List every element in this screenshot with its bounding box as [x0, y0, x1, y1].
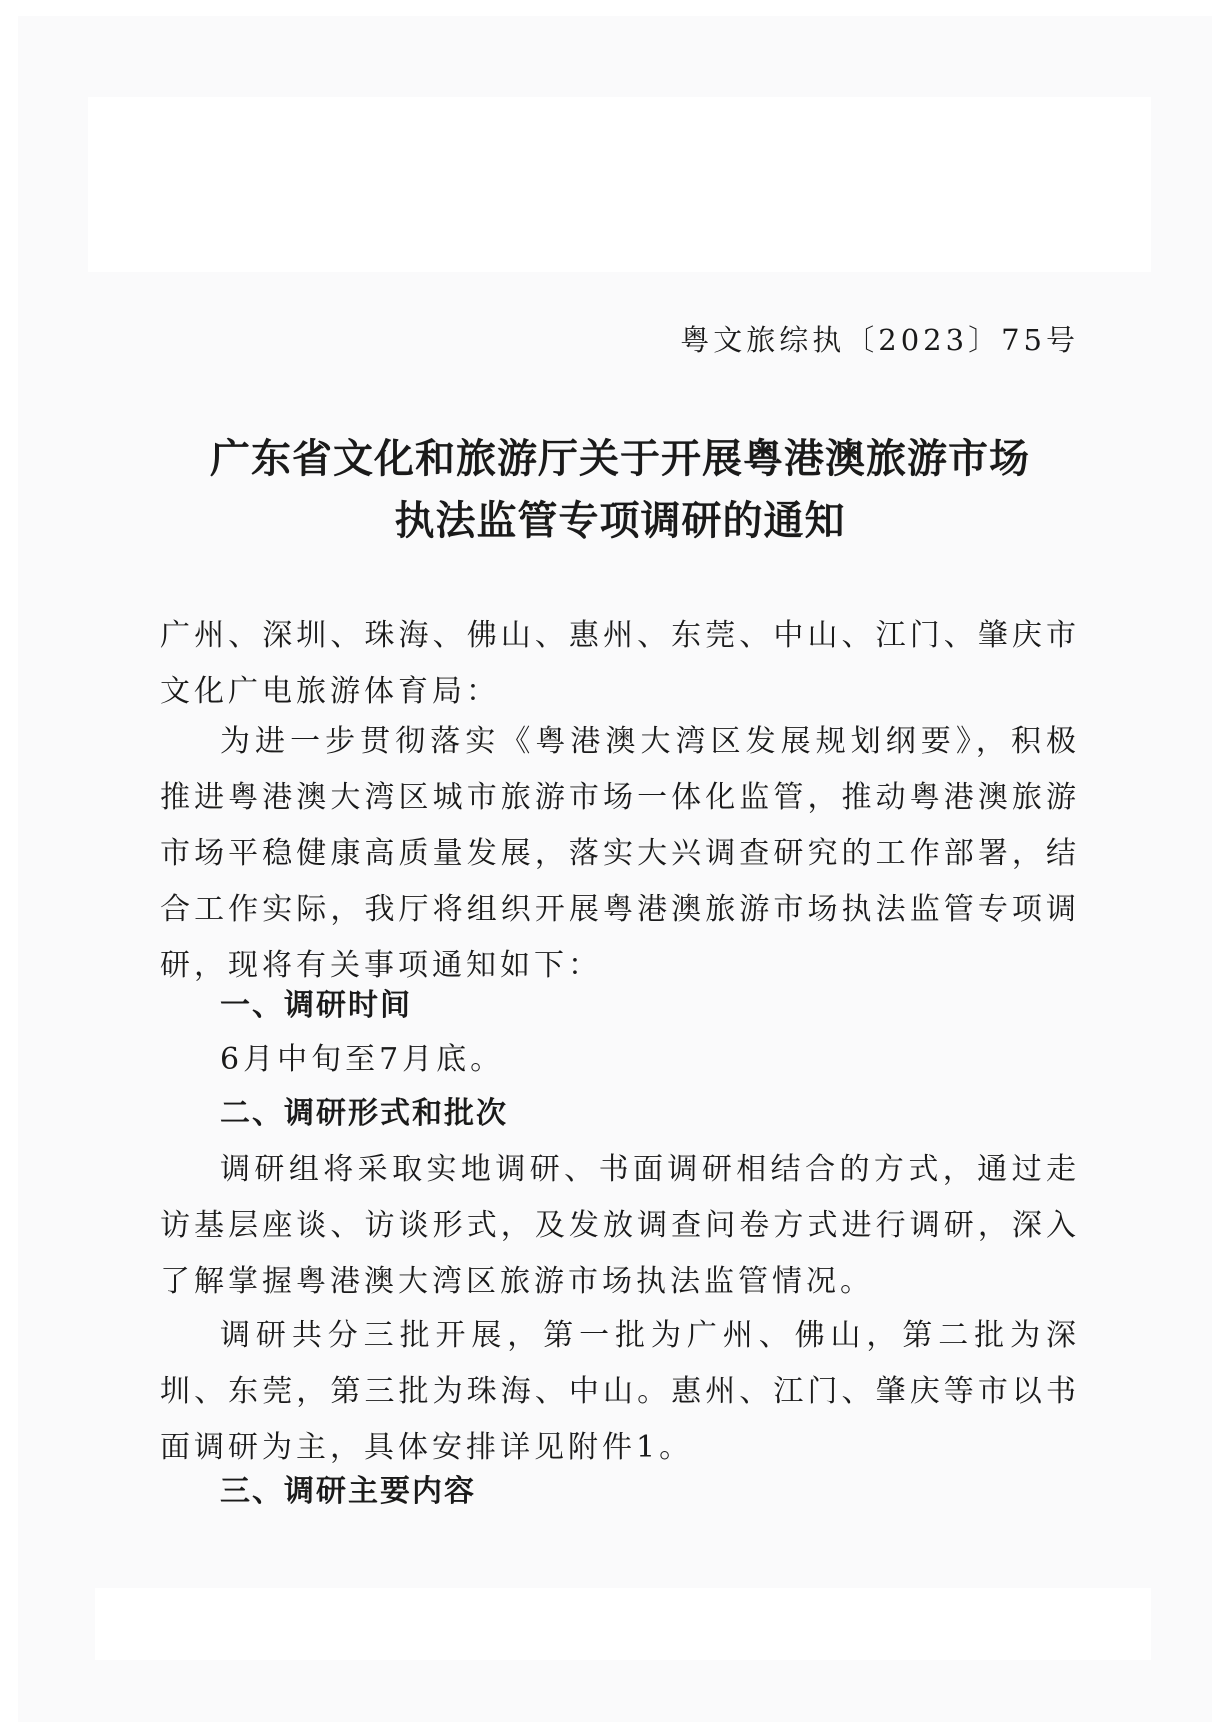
section-2-paragraph-2: 调研共分三批开展，第一批为广州、佛山，第二批为深圳、东莞，第三批为珠海、中山。惠…	[160, 1308, 1080, 1476]
section-2-paragraph-1: 调研组将采取实地调研、书面调研相结合的方式，通过走访基层座谈、访谈形式，及发放调…	[160, 1142, 1080, 1310]
footer-blank-area	[95, 1588, 1151, 1660]
document-number: 粤文旅综执〔2023〕75号	[680, 318, 1079, 359]
document-title: 广东省文化和旅游厅关于开展粤港澳旅游市场 执法监管专项调研的通知	[160, 428, 1080, 552]
title-line-1: 广东省文化和旅游厅关于开展粤港澳旅游市场	[160, 428, 1080, 490]
addressee: 广州、深圳、珠海、佛山、惠州、东莞、中山、江门、肇庆市文化广电旅游体育局：	[160, 608, 1080, 720]
section-heading-3: 三、调研主要内容	[220, 1466, 476, 1510]
title-line-2: 执法监管专项调研的通知	[160, 490, 1080, 552]
header-blank-area	[88, 97, 1151, 272]
section-heading-2: 二、调研形式和批次	[220, 1088, 508, 1132]
intro-paragraph: 为进一步贯彻落实《粤港澳大湾区发展规划纲要》，积极推进粤港澳大湾区城市旅游市场一…	[160, 714, 1080, 994]
section-heading-1: 一、调研时间	[220, 980, 412, 1024]
section-1-paragraph: 6月中旬至7月底。	[220, 1034, 504, 1078]
